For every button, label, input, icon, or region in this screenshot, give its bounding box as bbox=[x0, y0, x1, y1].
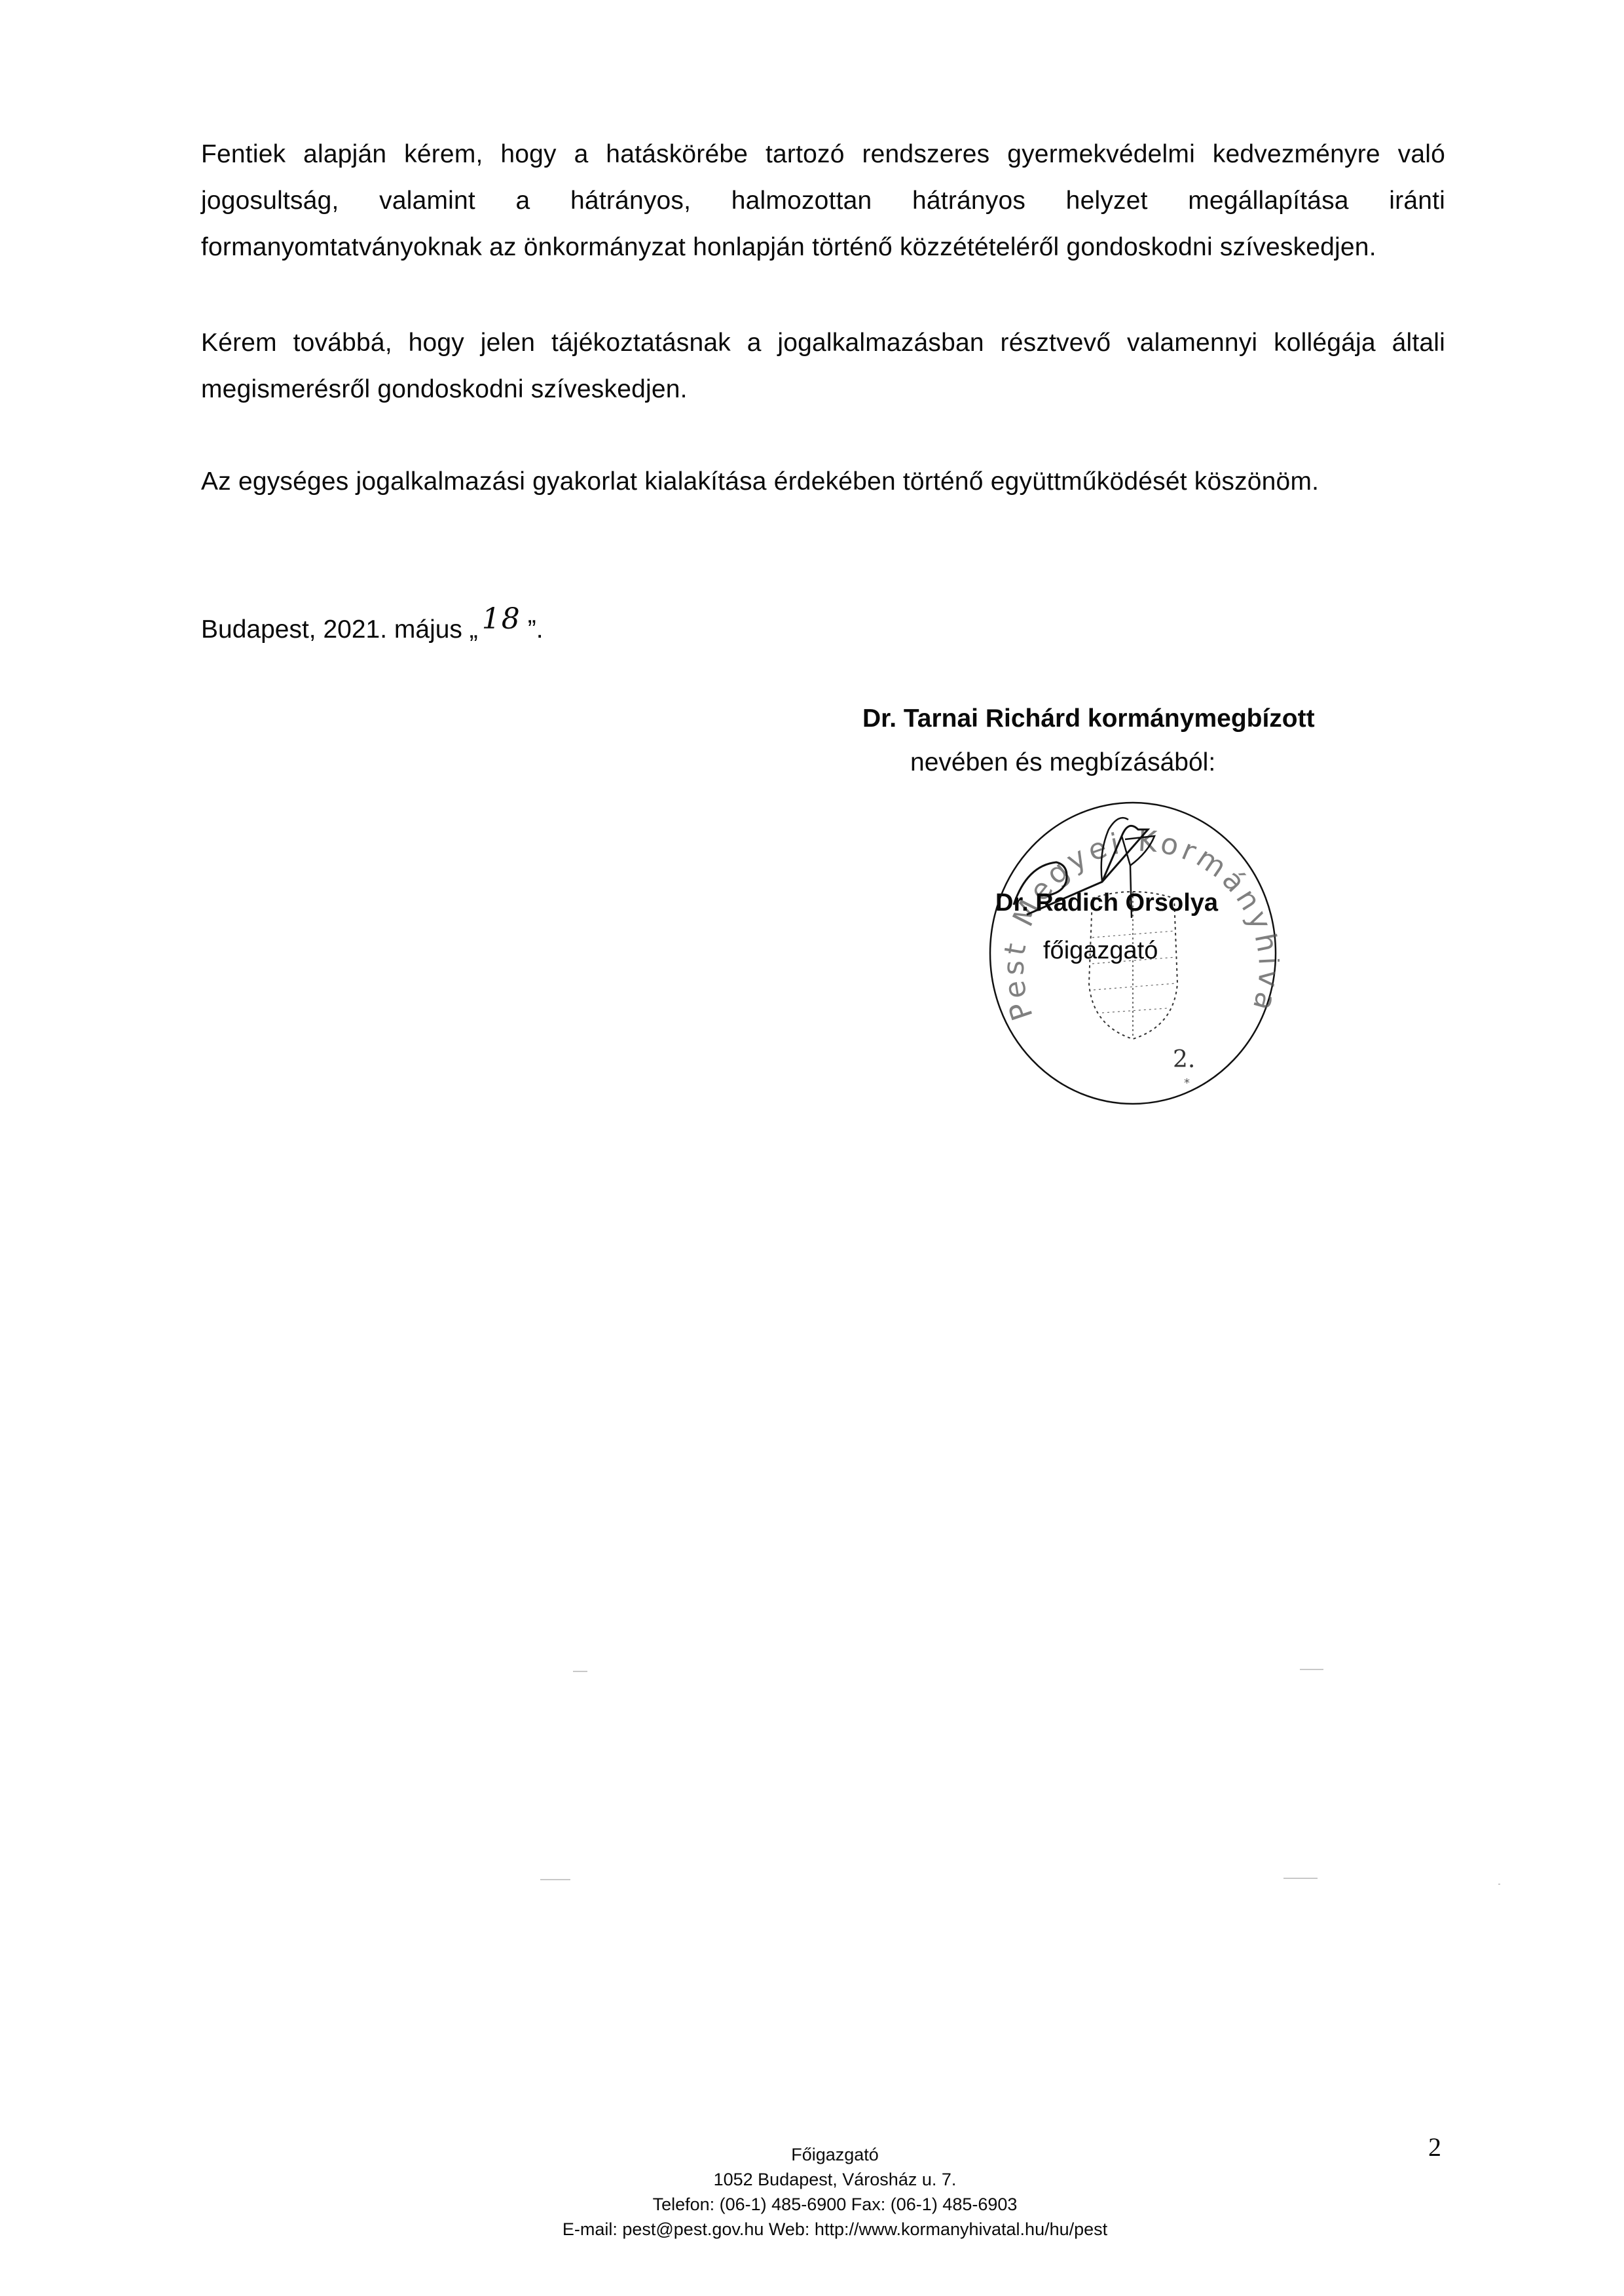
stamp-number: 2. bbox=[1173, 1046, 1195, 1073]
date-line: Budapest, 2021. május „18”. bbox=[201, 609, 544, 649]
scan-speck bbox=[540, 1879, 570, 1880]
signatory-capacity: nevében és megbízásából: bbox=[910, 740, 1215, 786]
paragraph-thanks: Az egységes jogalkalmazási gyakorlat kia… bbox=[201, 458, 1445, 505]
scan-speck bbox=[1283, 1878, 1318, 1879]
scan-speck bbox=[1498, 1884, 1500, 1885]
footer-email-web: E-mail: pest@pest.gov.hu Web: http://www… bbox=[485, 2217, 1185, 2242]
document-page: Fentiek alapján kérem, hogy a hatásköréb… bbox=[0, 0, 1624, 2296]
text-line: Kérem továbbá, hogy jelen tájékoztatásna… bbox=[201, 319, 1445, 366]
text-line: jogosultság, valamint a hátrányos, halmo… bbox=[201, 177, 1445, 224]
date-prefix: Budapest, 2021. május „ bbox=[201, 615, 478, 644]
letterhead-footer: Főigazgató 1052 Budapest, Városház u. 7.… bbox=[485, 2142, 1185, 2242]
footer-phone-fax: Telefon: (06-1) 485-6900 Fax: (06-1) 485… bbox=[485, 2192, 1185, 2217]
date-suffix: ”. bbox=[528, 615, 544, 644]
text-line: formanyomtatványoknak az önkormányzat ho… bbox=[201, 224, 1445, 270]
svg-text:*: * bbox=[1184, 1076, 1190, 1090]
text-line: Az egységes jogalkalmazási gyakorlat kia… bbox=[201, 458, 1445, 505]
scan-speck bbox=[1300, 1669, 1323, 1670]
footer-office: Főigazgató bbox=[485, 2142, 1185, 2167]
stamp-signer-name: Dr. Radich Orsolya bbox=[995, 887, 1218, 919]
signature-block: Dr. Tarnai Richárd kormánymegbízott nevé… bbox=[862, 701, 1399, 737]
signatory-name: Dr. Tarnai Richárd kormánymegbízott bbox=[862, 701, 1399, 737]
text-line: Fentiek alapján kérem, hogy a hatásköréb… bbox=[201, 131, 1445, 177]
text-line: megismerésről gondoskodni szíveskedjen. bbox=[201, 366, 1445, 412]
paragraph-request-forms: Fentiek alapján kérem, hogy a hatásköréb… bbox=[201, 131, 1445, 270]
scan-speck bbox=[573, 1671, 587, 1672]
stamp-signer-title: főigazgató bbox=[1043, 935, 1158, 966]
page-number: 2 bbox=[1428, 2133, 1441, 2162]
footer-address: 1052 Budapest, Városház u. 7. bbox=[485, 2167, 1185, 2192]
paragraph-request-colleagues: Kérem továbbá, hogy jelen tájékoztatásna… bbox=[201, 319, 1445, 412]
handwritten-day: 18 bbox=[482, 602, 521, 636]
